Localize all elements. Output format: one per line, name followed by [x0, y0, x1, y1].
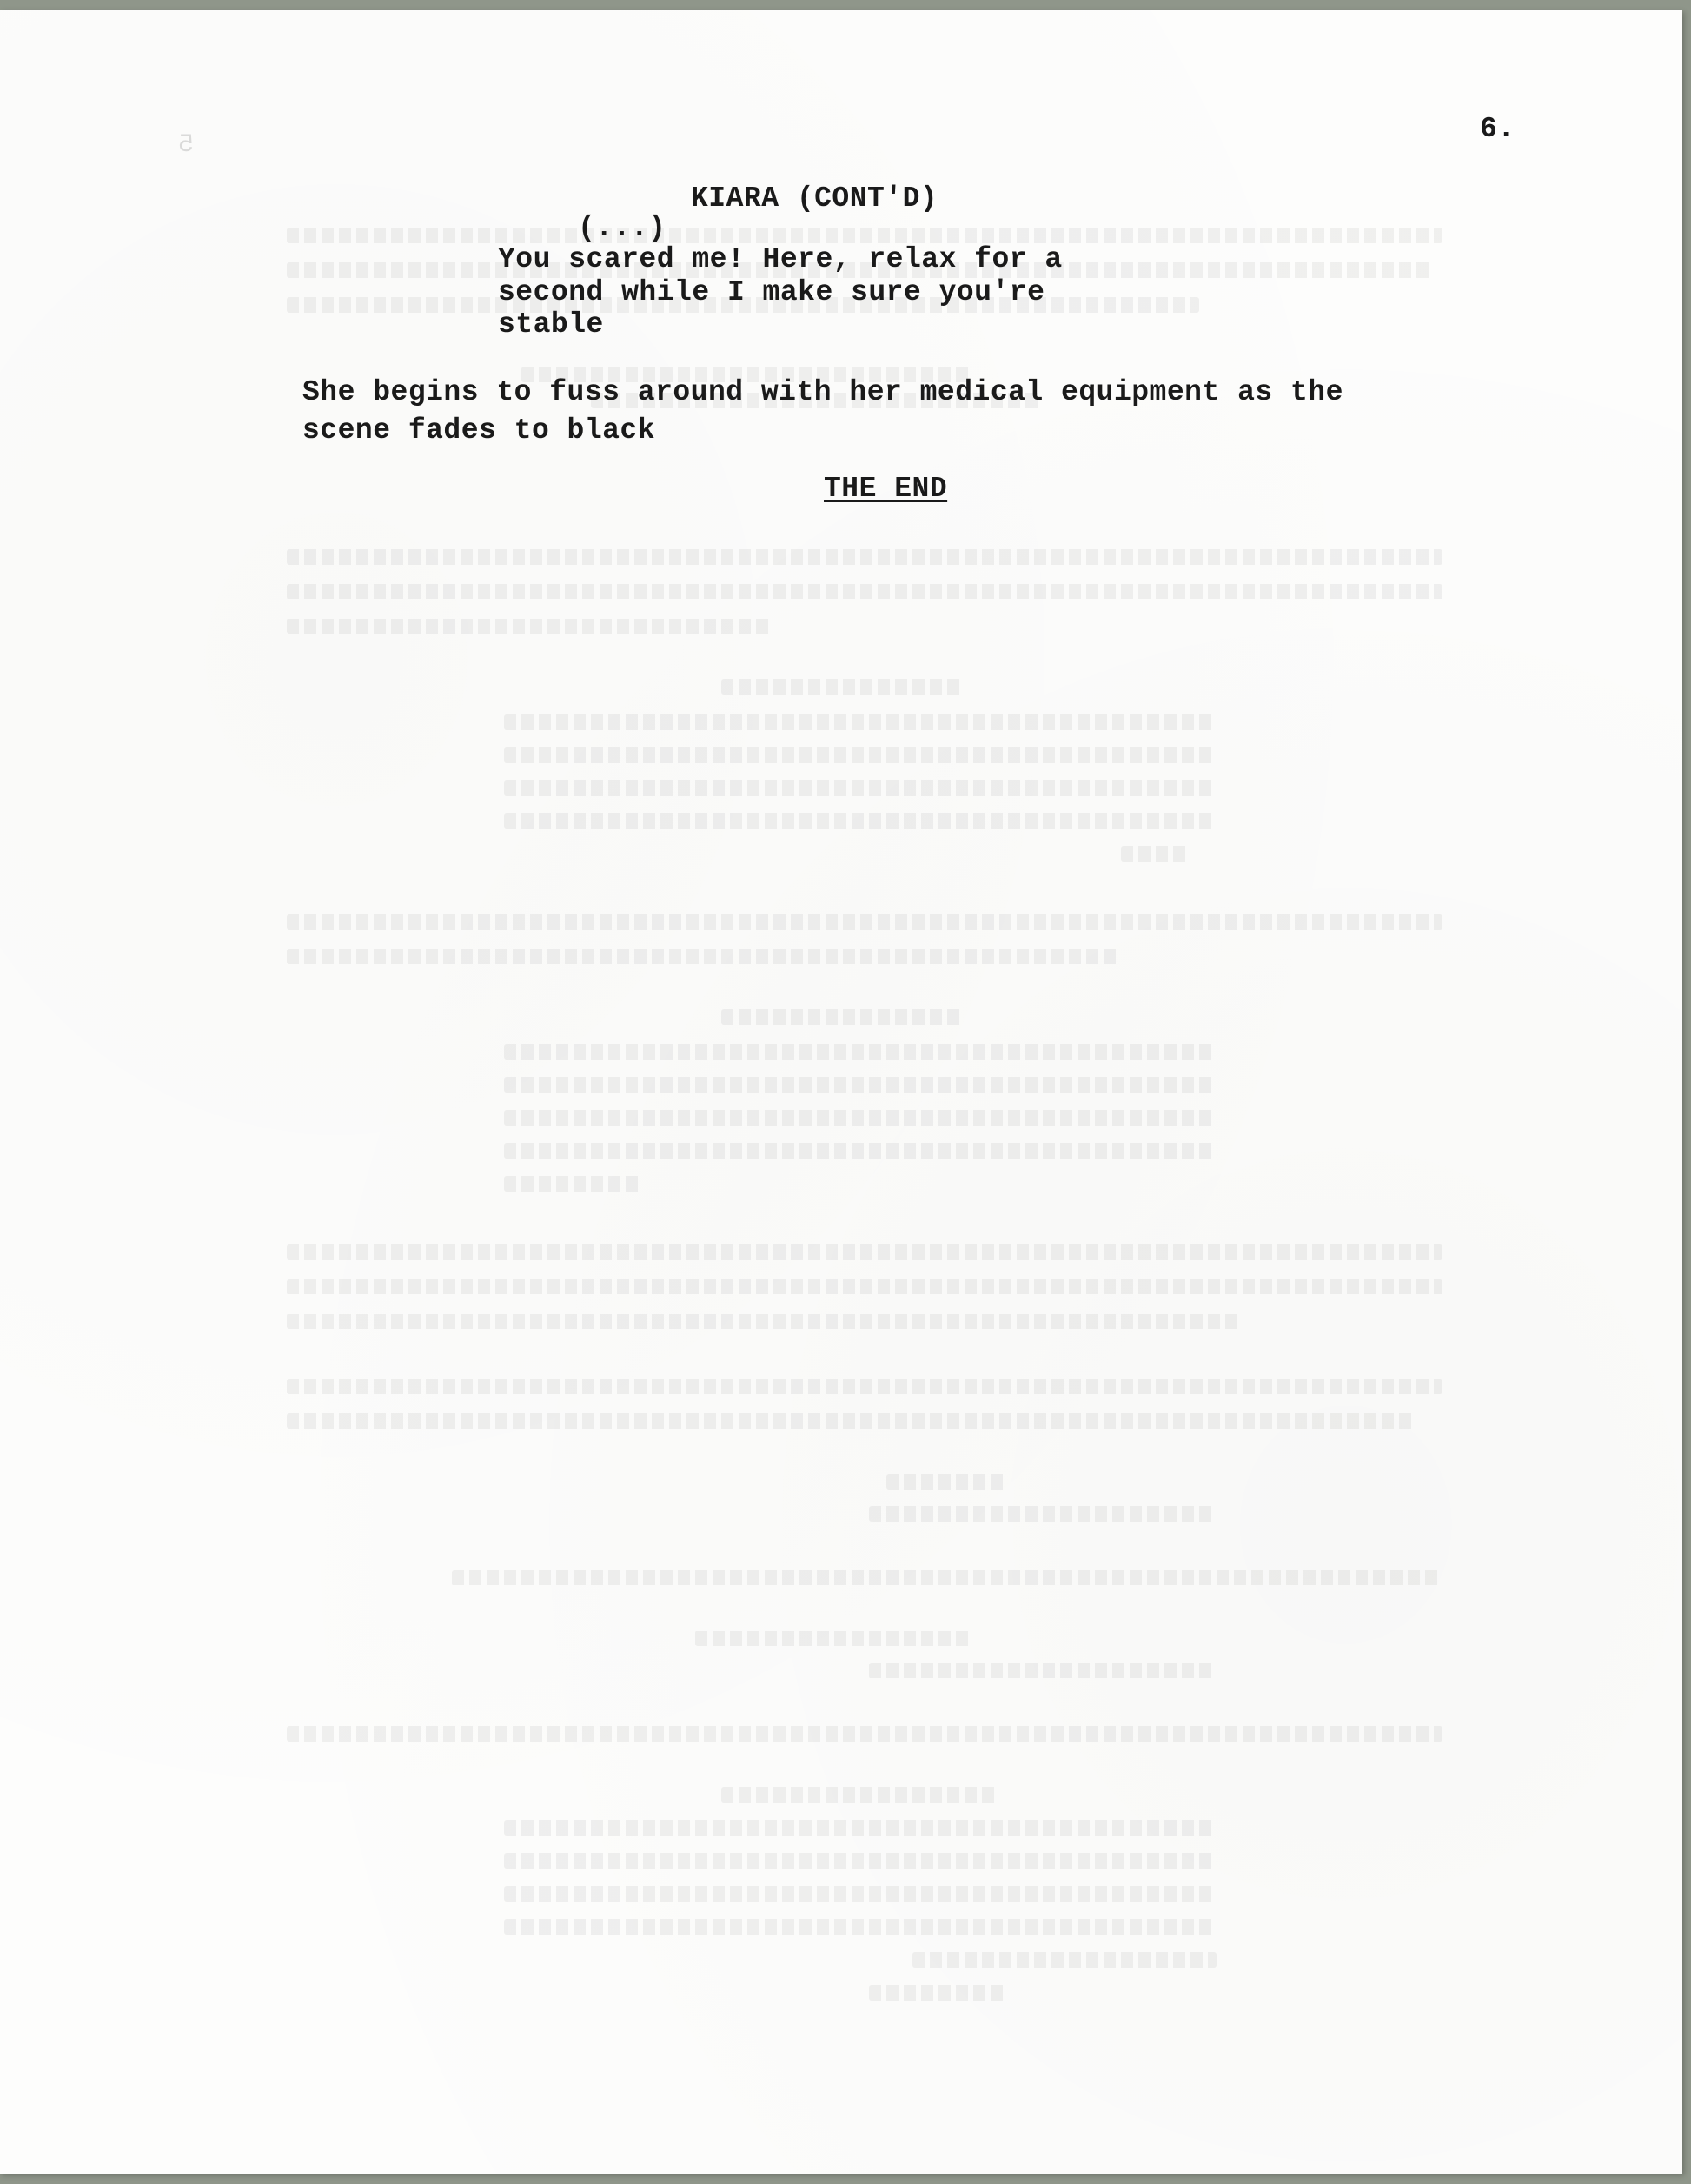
document-page: 5: [0, 10, 1682, 2174]
ghost-page-number: 5: [178, 130, 194, 160]
page-number: 6.: [1480, 113, 1515, 146]
character-cue: KIARA (CONT'D): [691, 182, 938, 215]
dialogue-block: You scared me! Here, relax for a second …: [498, 243, 1063, 341]
action-line: She begins to fuss around with her medic…: [302, 374, 1343, 450]
the-end-heading: THE END: [824, 473, 947, 506]
parenthetical: (...): [578, 212, 666, 245]
